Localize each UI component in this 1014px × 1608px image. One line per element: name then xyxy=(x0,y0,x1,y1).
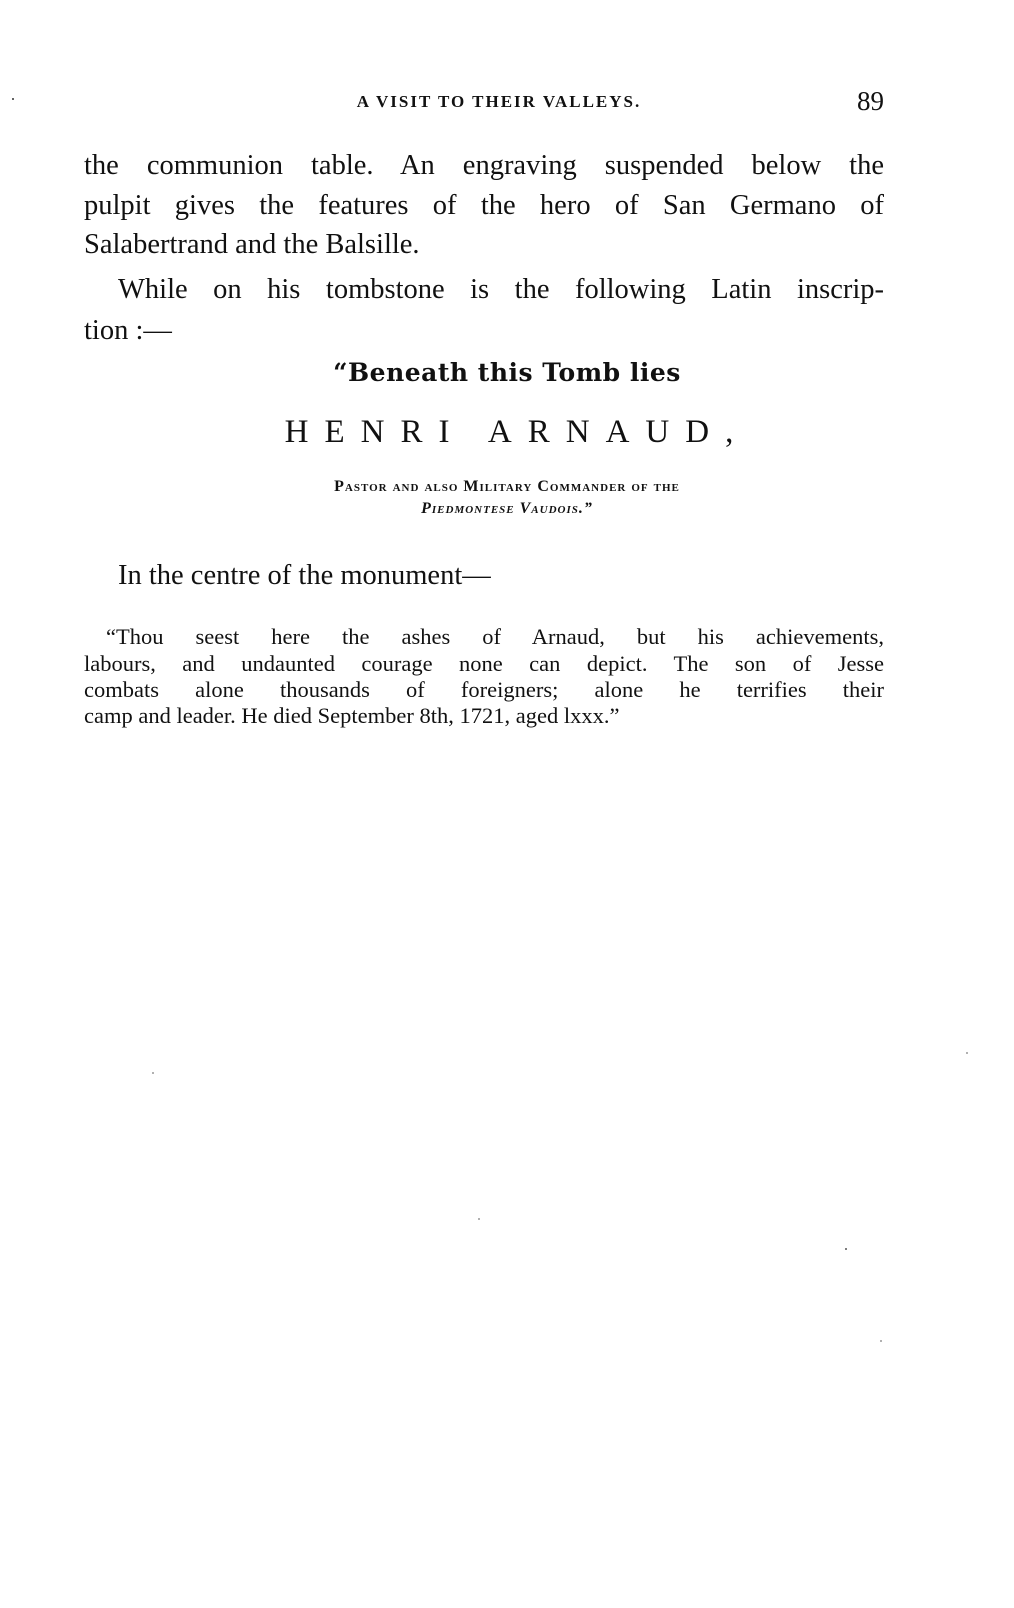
page-number: 89 xyxy=(857,86,884,117)
paragraph-1-line-3: Salabertrand and the Balsille. xyxy=(84,229,884,261)
running-title: A VISIT TO THEIR VALLEYS. xyxy=(84,92,884,112)
scan-speck xyxy=(845,1248,847,1250)
quote-line-2: labours, and undaunted courage none can … xyxy=(84,651,884,677)
quote-line-4: camp and leader. He died September 8th, … xyxy=(84,703,884,729)
quote-line-3: combats alone thousands of foreigners; a… xyxy=(84,677,884,703)
paragraph-2-line-2: tion :— xyxy=(84,315,884,347)
inscription-title-line-1: Pastor and also Military Commander of th… xyxy=(0,478,1014,496)
paragraph-1-line-2: pulpit gives the features of the hero of… xyxy=(84,190,884,222)
inscription-blackletter-line: “Beneath this Tomb lies xyxy=(0,358,1014,387)
scan-speck xyxy=(966,1052,968,1054)
book-page: A VISIT TO THEIR VALLEYS. 89 the communi… xyxy=(0,0,1014,1608)
scan-speck xyxy=(152,1072,154,1074)
paragraph-1-line-1: the communion table. An engraving suspen… xyxy=(84,150,884,182)
scan-speck xyxy=(12,98,14,100)
paragraph-2-line-1: While on his tombstone is the following … xyxy=(118,274,884,306)
scan-speck xyxy=(478,1218,480,1220)
quote-line-1: “Thou seest here the ashes of Arnaud, bu… xyxy=(106,624,884,650)
paragraph-3: In the centre of the monument— xyxy=(118,560,918,592)
running-head: A VISIT TO THEIR VALLEYS. 89 xyxy=(84,86,884,116)
inscription-name: HENRI ARNAUD, xyxy=(0,414,1014,451)
scan-speck xyxy=(880,1340,882,1342)
inscription-title-line-2: Piedmontese Vaudois.” xyxy=(0,500,1014,518)
